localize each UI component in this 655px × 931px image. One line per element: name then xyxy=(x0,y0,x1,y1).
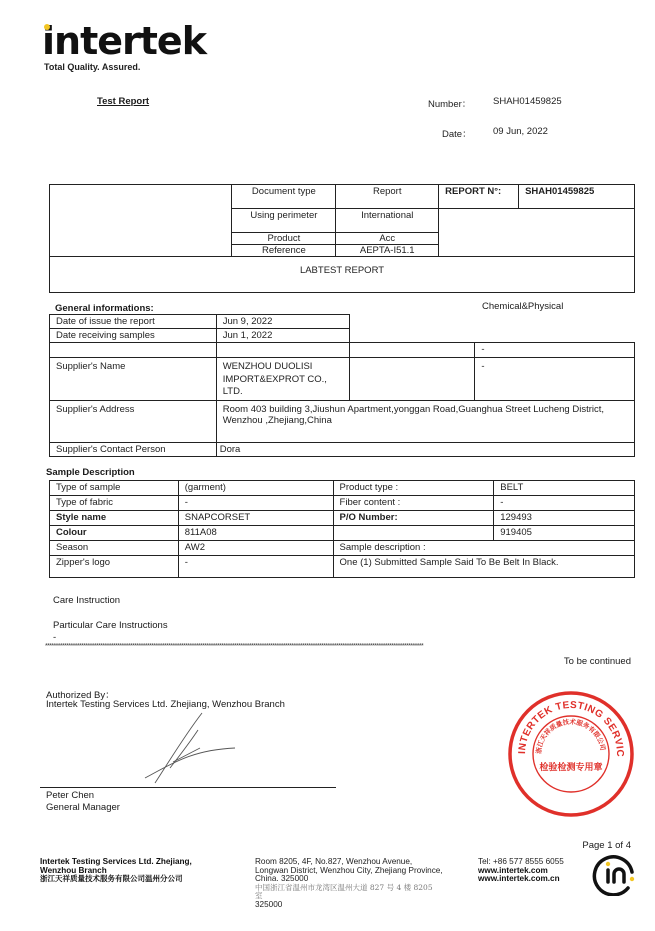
footer-address-cn1: 中国浙江省温州市龙湾区温州大道 827 号 4 楼 8205 xyxy=(255,884,443,893)
perimeter-label: Using perimeter xyxy=(232,209,336,233)
sample-row-label-2: Product type : xyxy=(333,481,494,496)
sample-row-value: - xyxy=(178,496,333,511)
sample-row-label: Style name xyxy=(50,511,179,526)
supplier-name-label: Supplier's Name xyxy=(50,358,217,401)
document-info-table: Document type Report REPORT N°: SHAH0145… xyxy=(49,184,635,293)
report-no-value: SHAH01459825 xyxy=(519,185,635,209)
svg-text:检验检测专用章: 检验检测专用章 xyxy=(539,761,602,773)
labtest-banner: LABTEST REPORT xyxy=(50,257,635,293)
sample-description-value: One (1) Submitted Sample Said To Be Belt… xyxy=(333,556,634,578)
general-info-table: Date of issue the report Jun 9, 2022 Dat… xyxy=(49,314,635,457)
sample-row-value: SNAPCORSET xyxy=(178,511,333,526)
footer-address: Room 8205, 4F, No.827, Wenzhou Avenue, L… xyxy=(255,858,443,909)
logo-tagline: Total Quality. Assured. xyxy=(44,62,140,72)
sample-description-title: Sample Description xyxy=(46,467,135,478)
signature-icon xyxy=(140,710,240,785)
report-no-label: REPORT N°: xyxy=(439,185,519,209)
sample-row-label: Type of fabric xyxy=(50,496,179,511)
sample-row-label: Colour xyxy=(50,526,179,541)
sample-row-value: - xyxy=(178,556,333,578)
company-stamp-icon: INTERTEK TESTING SERVICES LTD. ZHEJIANG,… xyxy=(507,690,635,818)
sample-row-value-2: BELT xyxy=(494,481,635,496)
intertek-in-logo-icon xyxy=(592,852,636,896)
product-label: Product xyxy=(232,233,336,245)
footer-address-cn2: 室 xyxy=(255,892,443,901)
logo-accent-dot xyxy=(44,24,50,30)
sample-row-label: Type of sample xyxy=(50,481,179,496)
perimeter-value: International xyxy=(336,209,439,233)
contact-label: Supplier's Contact Person xyxy=(50,442,217,456)
date-receive-value: Jun 1, 2022 xyxy=(216,329,349,343)
contact-value: Dora xyxy=(216,442,634,456)
sample-row-value: 811A08 xyxy=(178,526,333,541)
to-be-continued: To be continued xyxy=(564,656,631,667)
footer-contact: Tel: +86 577 8555 6055 www.intertek.com … xyxy=(478,858,564,884)
signature-line xyxy=(40,787,336,788)
product-value: Acc xyxy=(336,233,439,245)
sample-row-value-2: - xyxy=(494,496,635,511)
particular-care-title: Particular Care Instructions xyxy=(53,620,168,631)
footer-company: Intertek Testing Services Ltd. Zhejiang,… xyxy=(40,858,192,884)
general-info-title: General informations: xyxy=(55,303,154,314)
signer-name: Peter Chen xyxy=(46,790,94,801)
sample-row-value-2: 919405 xyxy=(494,526,635,541)
supplier-name-value: WENZHOU DUOLISI IMPORT&EXPROT CO., LTD. xyxy=(216,358,349,401)
reference-label: Reference xyxy=(232,245,336,257)
date-receive-label: Date receiving samples xyxy=(50,329,217,343)
particular-care-value: - xyxy=(53,632,56,643)
date-label: Date： xyxy=(442,126,472,140)
sample-description-table: Type of sample (garment) Product type : … xyxy=(49,480,635,578)
blank-row-extra: - xyxy=(475,343,635,358)
number-label: Number： xyxy=(428,96,471,110)
doc-type-label: Document type xyxy=(232,185,336,209)
blank-cell xyxy=(50,185,232,257)
footer-website-cn-link[interactable]: www.intertek.com.cn xyxy=(478,875,564,884)
authorized-company: Intertek Testing Services Ltd. Zhejiang,… xyxy=(46,699,285,710)
reference-value: AEPTA-I51.1 xyxy=(336,245,439,257)
supplier-address-label: Supplier's Address xyxy=(50,400,217,442)
footer-company-cn: 浙江天祥质量技术服务有限公司温州分公司 xyxy=(40,875,192,884)
doc-type-value: Report xyxy=(336,185,439,209)
empty-cell xyxy=(439,209,635,257)
sample-row-label-2 xyxy=(333,526,494,541)
sample-description-label: Sample description : xyxy=(333,541,634,556)
signer-title: General Manager xyxy=(46,802,120,813)
sample-row-value: (garment) xyxy=(178,481,333,496)
separator-line: ****************************************… xyxy=(45,643,635,650)
date-issue-label: Date of issue the report xyxy=(50,315,217,329)
supplier-name-extra: - xyxy=(475,358,635,401)
intertek-logo: intertek xyxy=(42,22,206,60)
date-issue-value: Jun 9, 2022 xyxy=(216,315,349,329)
footer-address-zip: 325000 xyxy=(255,901,443,910)
page-title: Test Report xyxy=(97,96,149,107)
page-number: Page 1 of 4 xyxy=(582,840,631,851)
sample-row-label-2: P/O Number: xyxy=(333,511,494,526)
sample-row-value: AW2 xyxy=(178,541,333,556)
test-category: Chemical&Physical xyxy=(482,301,563,312)
sample-row-label: Zipper's logo xyxy=(50,556,179,578)
number-value: SHAH01459825 xyxy=(493,96,562,107)
sample-row-label: Season xyxy=(50,541,179,556)
date-value: 09 Jun, 2022 xyxy=(493,126,548,137)
care-instruction-title: Care Instruction xyxy=(53,595,120,606)
sample-row-label-2: Fiber content : xyxy=(333,496,494,511)
supplier-address-value: Room 403 building 3,Jiushun Apartment,yo… xyxy=(216,400,634,442)
sample-row-value-2: 129493 xyxy=(494,511,635,526)
